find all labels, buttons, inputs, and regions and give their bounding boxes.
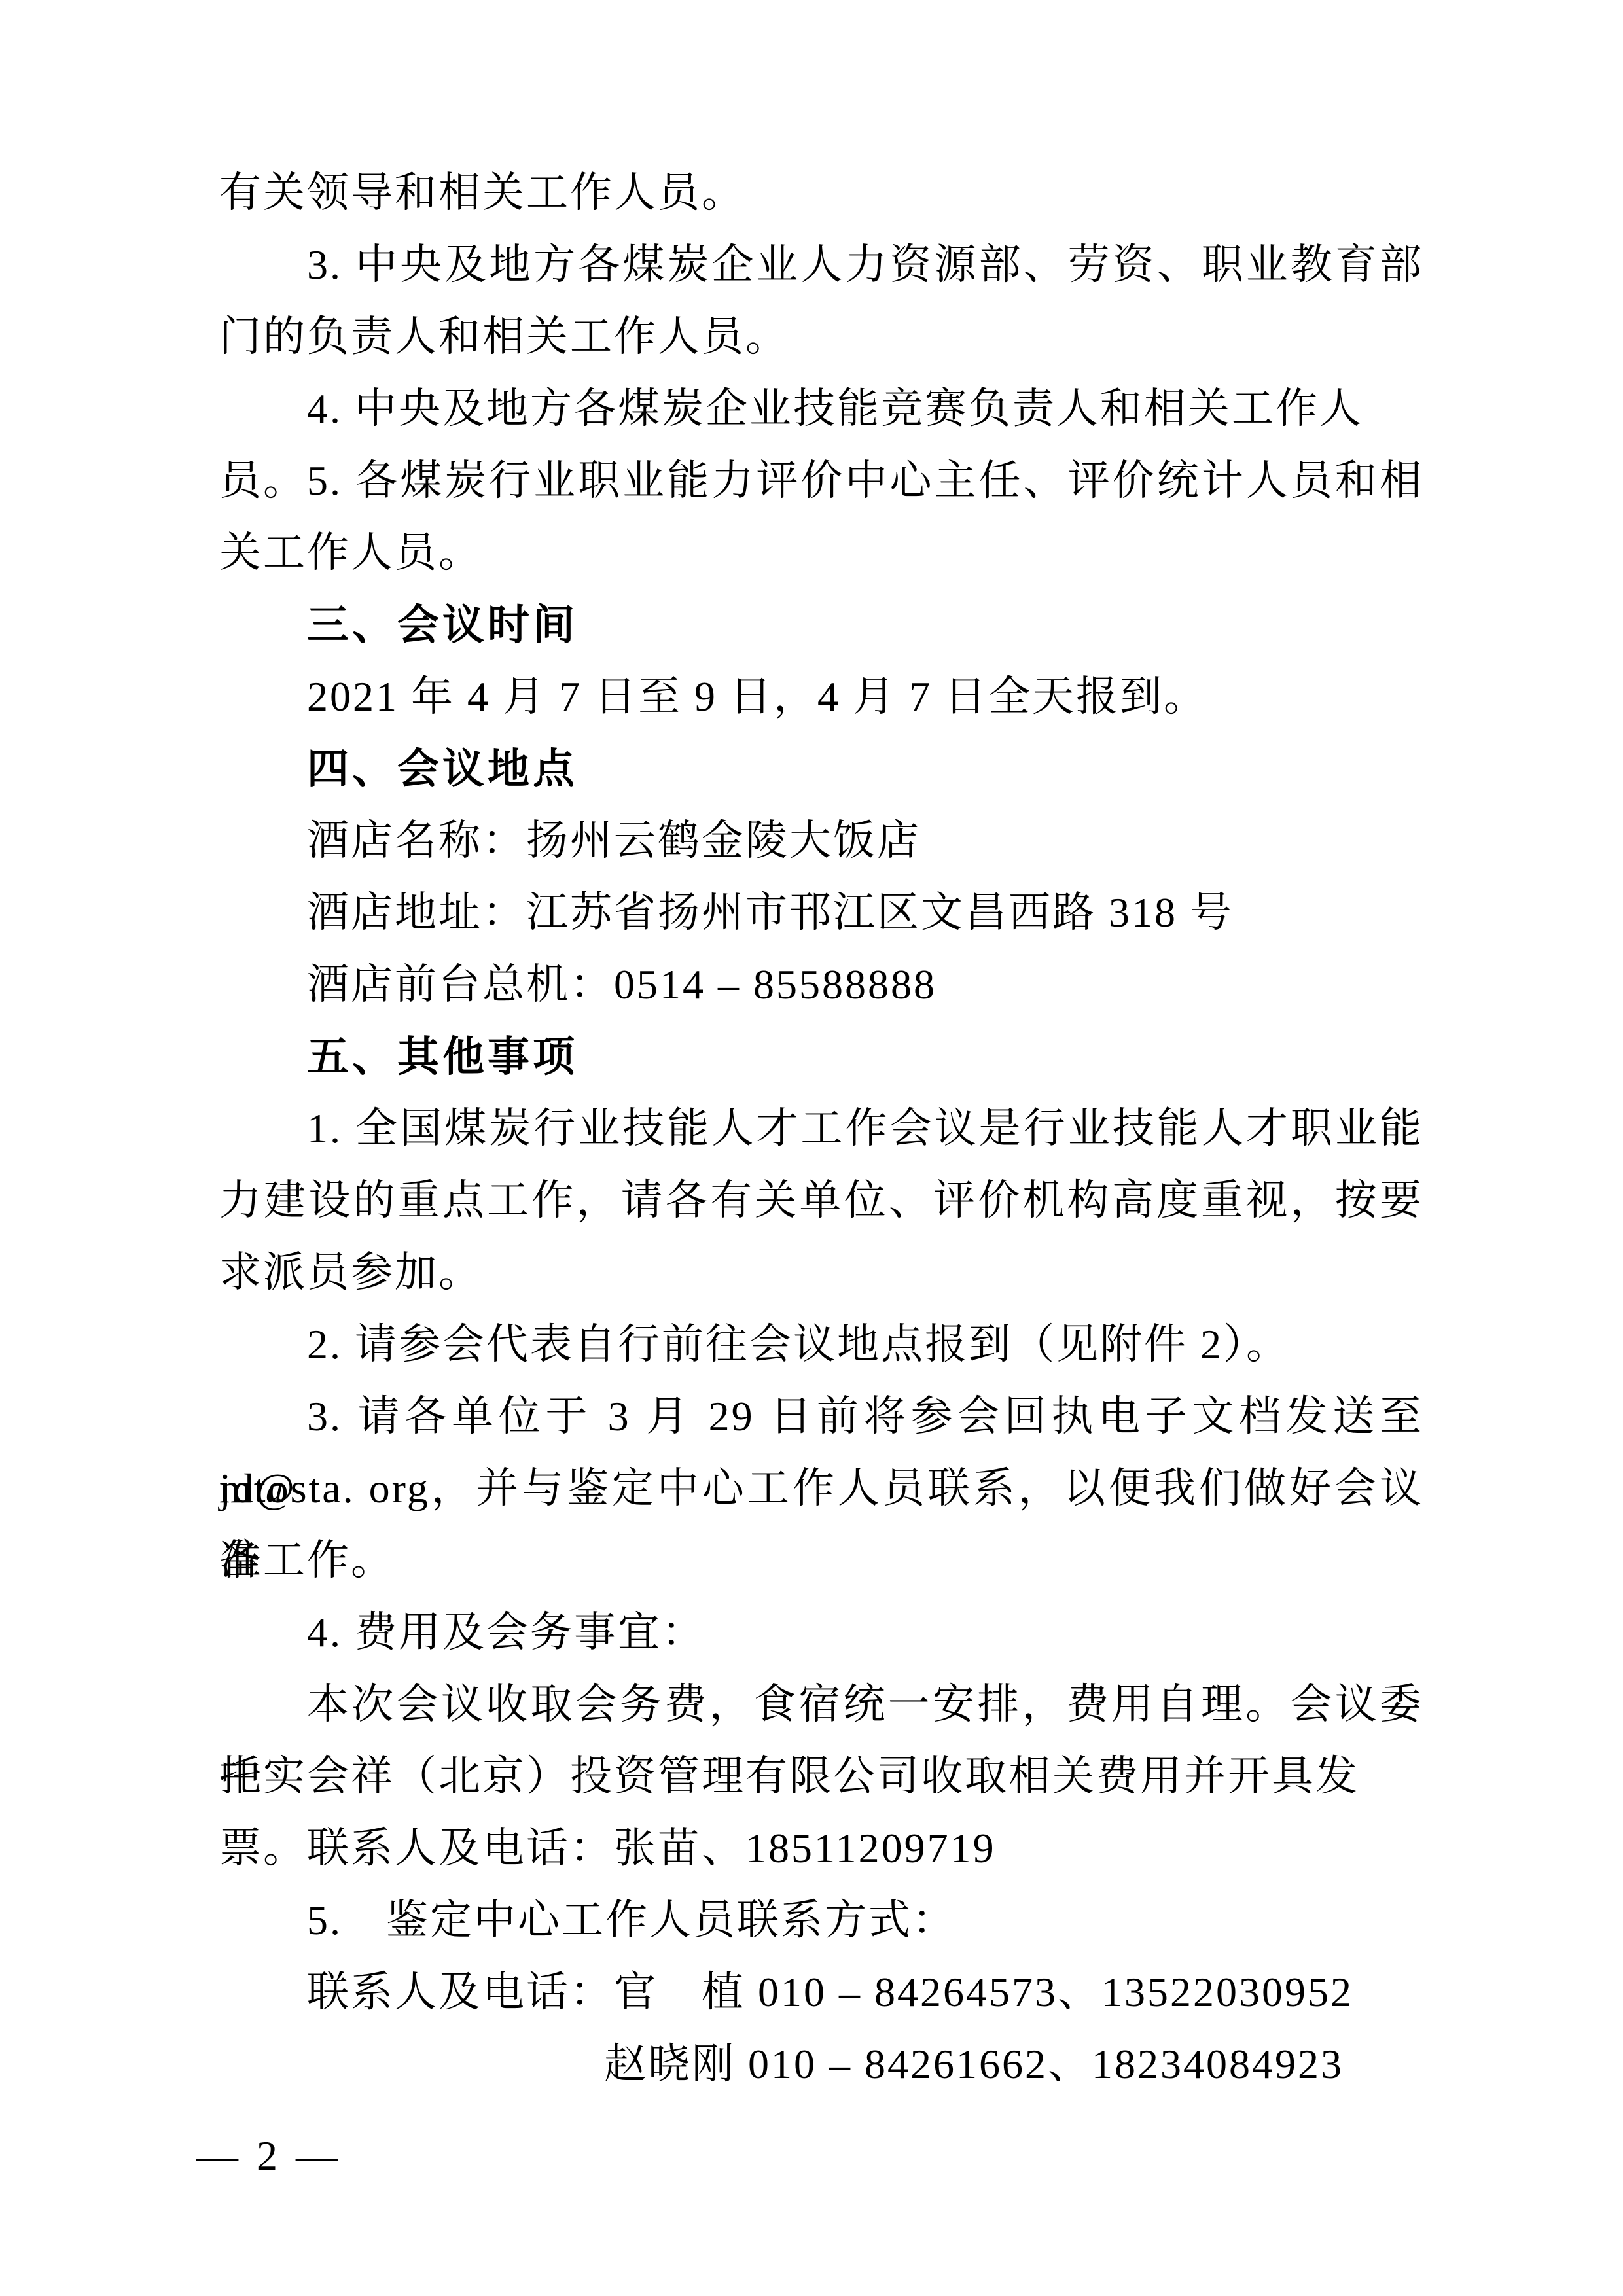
section-heading-other-matters: 五、其他事项 — [219, 1021, 1423, 1093]
doc-line-17: 2. 请参会代表自行前往会议地点报到（见附件 2）。 — [219, 1309, 1423, 1381]
doc-line-19: mtosta. org，并与鉴定中心工作人员联系，以便我们做好会议准 — [219, 1453, 1423, 1525]
doc-line-3: 门的负责人和相关工作人员。 — [219, 301, 1423, 373]
doc-line-1: 有关领导和相关工作人员。 — [219, 157, 1423, 229]
contact-line-guanzhi: 联系人及电话：官 植 010 – 84264573、13522030952 — [219, 1956, 1423, 2028]
document-page: 有关领导和相关工作人员。 3. 中央及地方各煤炭企业人力资源部、劳资、职业教育部… — [0, 0, 1623, 2296]
page-number: — 2 — — [196, 2120, 342, 2192]
doc-line-15: 力建设的重点工作，请各有关单位、评价机构高度重视，按要 — [219, 1165, 1423, 1237]
contact-line-zhangmiao: 联系人及电话：张苗、18511209719 — [219, 1812, 1423, 1884]
doc-line-14: 1. 全国煤炭行业技能人才工作会议是行业技能人才职业能 — [219, 1093, 1423, 1165]
doc-line-4: 4. 中央及地方各煤炭企业技能竞赛负责人和相关工作人员。 — [219, 373, 1423, 445]
hotel-address-line: 酒店地址：江苏省扬州市邗江区文昌西路 318 号 — [219, 877, 1423, 949]
hotel-phone-line: 酒店前台总机：0514 – 85588888 — [219, 949, 1423, 1021]
doc-line-2: 3. 中央及地方各煤炭企业人力资源部、劳资、职业教育部 — [219, 229, 1423, 301]
doc-line-22: 本次会议收取会务费，食宿统一安排，费用自理。会议委托 — [219, 1669, 1423, 1740]
doc-line-8: 2021 年 4 月 7 日至 9 日，4 月 7 日全天报到。 — [219, 661, 1423, 733]
doc-line-21: 4. 费用及会务事宜： — [219, 1597, 1423, 1669]
doc-line-6: 关工作人员。 — [219, 517, 1423, 589]
section-heading-meeting-time: 三、会议时间 — [219, 589, 1423, 661]
doc-line-20: 备工作。 — [219, 1525, 1423, 1597]
section-heading-meeting-place: 四、会议地点 — [219, 733, 1423, 805]
doc-line-23: 中实会祥（北京）投资管理有限公司收取相关费用并开具发票。 — [219, 1740, 1423, 1812]
hotel-name-line: 酒店名称：扬州云鹤金陵大饭店 — [219, 805, 1423, 877]
doc-line-5: 5. 各煤炭行业职业能力评价中心主任、评价统计人员和相 — [219, 445, 1423, 517]
contact-line-zhaoxiaogang: 赵晓刚 010 – 84261662、18234084923 — [219, 2028, 1423, 2100]
doc-line-16: 求派员参加。 — [219, 1237, 1423, 1309]
doc-line-18: 3. 请各单位于 3 月 29 日前将参会回执电子文档发送至 jd@ — [219, 1381, 1423, 1453]
doc-line-25: 5. 鉴定中心工作人员联系方式： — [219, 1884, 1423, 1956]
document-body: 有关领导和相关工作人员。 3. 中央及地方各煤炭企业人力资源部、劳资、职业教育部… — [219, 157, 1423, 2100]
